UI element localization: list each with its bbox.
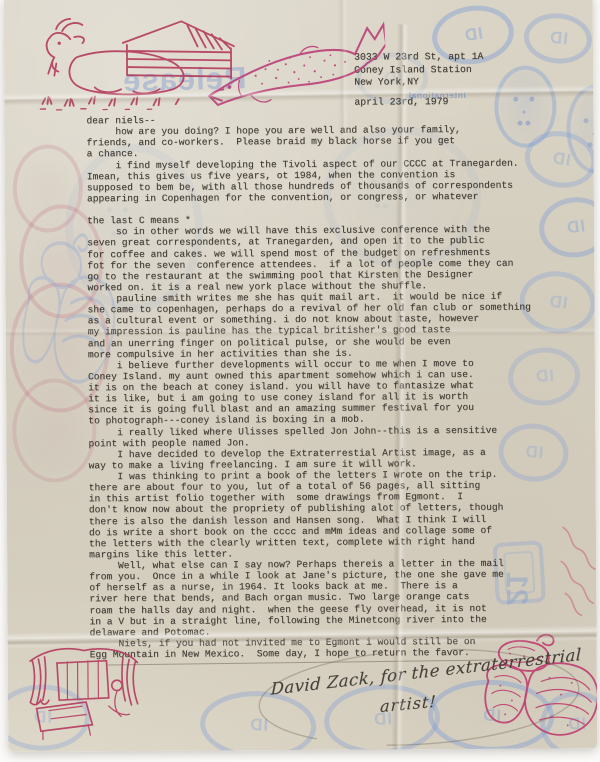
letter-body: dear niels-- how are you doing? I hope y…: [86, 113, 533, 661]
blue-oval-stamp-text: ID: [550, 148, 572, 171]
letter-paper: Release international 21 ID ID ID ID ID …: [4, 0, 598, 752]
blue-oval-stamp-text: ID: [565, 216, 586, 238]
theater-scene-stamp: [26, 644, 143, 743]
blue-oval-stamp: ID: [536, 194, 597, 262]
fish-stamp: [200, 17, 388, 118]
blue-oval-stamp-text: ID: [547, 291, 568, 313]
blue-oval-stamp-text: ID: [548, 28, 569, 50]
pink-scribble-mark: [555, 521, 597, 625]
blue-oval-stamp-text: ID: [462, 24, 484, 47]
photo-of-letter: Release international 21 ID ID ID ID ID …: [0, 0, 600, 762]
blue-oval-stamp: ID: [522, 10, 595, 66]
blue-oval-stamp-text: ID: [534, 366, 554, 387]
